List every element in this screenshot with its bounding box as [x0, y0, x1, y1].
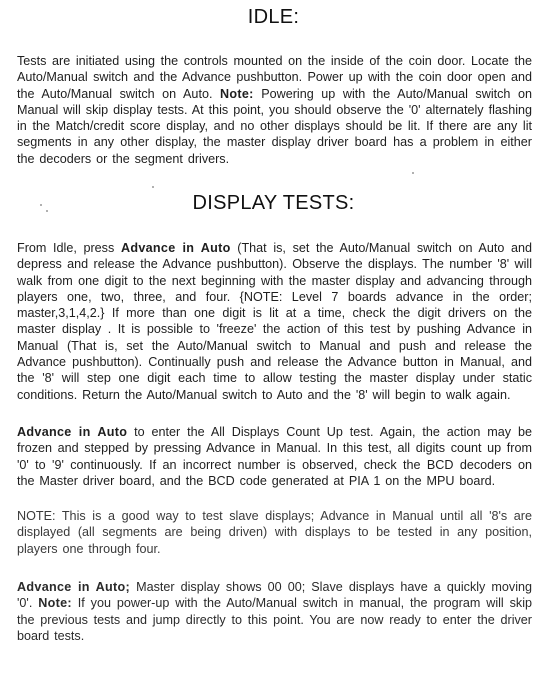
scan-speck	[152, 186, 154, 188]
note-label: Note:	[38, 596, 72, 610]
text-segment: From Idle, press	[17, 241, 121, 255]
note-label: Note:	[220, 87, 254, 101]
text-segment: If you power-up with the Auto/Manual swi…	[17, 596, 532, 643]
heading-display-tests: DISPLAY TESTS:	[0, 192, 547, 215]
advance-in-auto-label: Advance in Auto	[121, 241, 231, 255]
manual-page: IDLE: Tests are initiated using the cont…	[0, 0, 547, 678]
paragraph-walking-eight-test: From Idle, press Advance in Auto (That i…	[17, 240, 532, 403]
paragraph-count-up-test: Advance in Auto to enter the All Display…	[17, 424, 532, 489]
scan-speck	[40, 204, 42, 206]
paragraph-slave-display-note: NOTE: This is a good way to test slave d…	[17, 508, 532, 557]
paragraph-idle: Tests are initiated using the controls m…	[17, 53, 532, 167]
paragraph-final-display-state: Advance in Auto; Master display shows 00…	[17, 579, 532, 644]
text-segment: (That is, set the Auto/Manual switch on …	[17, 241, 532, 402]
scan-speck	[412, 172, 414, 174]
scan-speck	[46, 210, 48, 212]
heading-idle: IDLE:	[0, 6, 547, 29]
text-segment: This is a good way to test slave display…	[17, 509, 532, 556]
advance-in-auto-label: Advance in Auto	[17, 425, 127, 439]
note-label: NOTE:	[17, 509, 55, 523]
advance-in-auto-label: Advance in Auto;	[17, 580, 130, 594]
